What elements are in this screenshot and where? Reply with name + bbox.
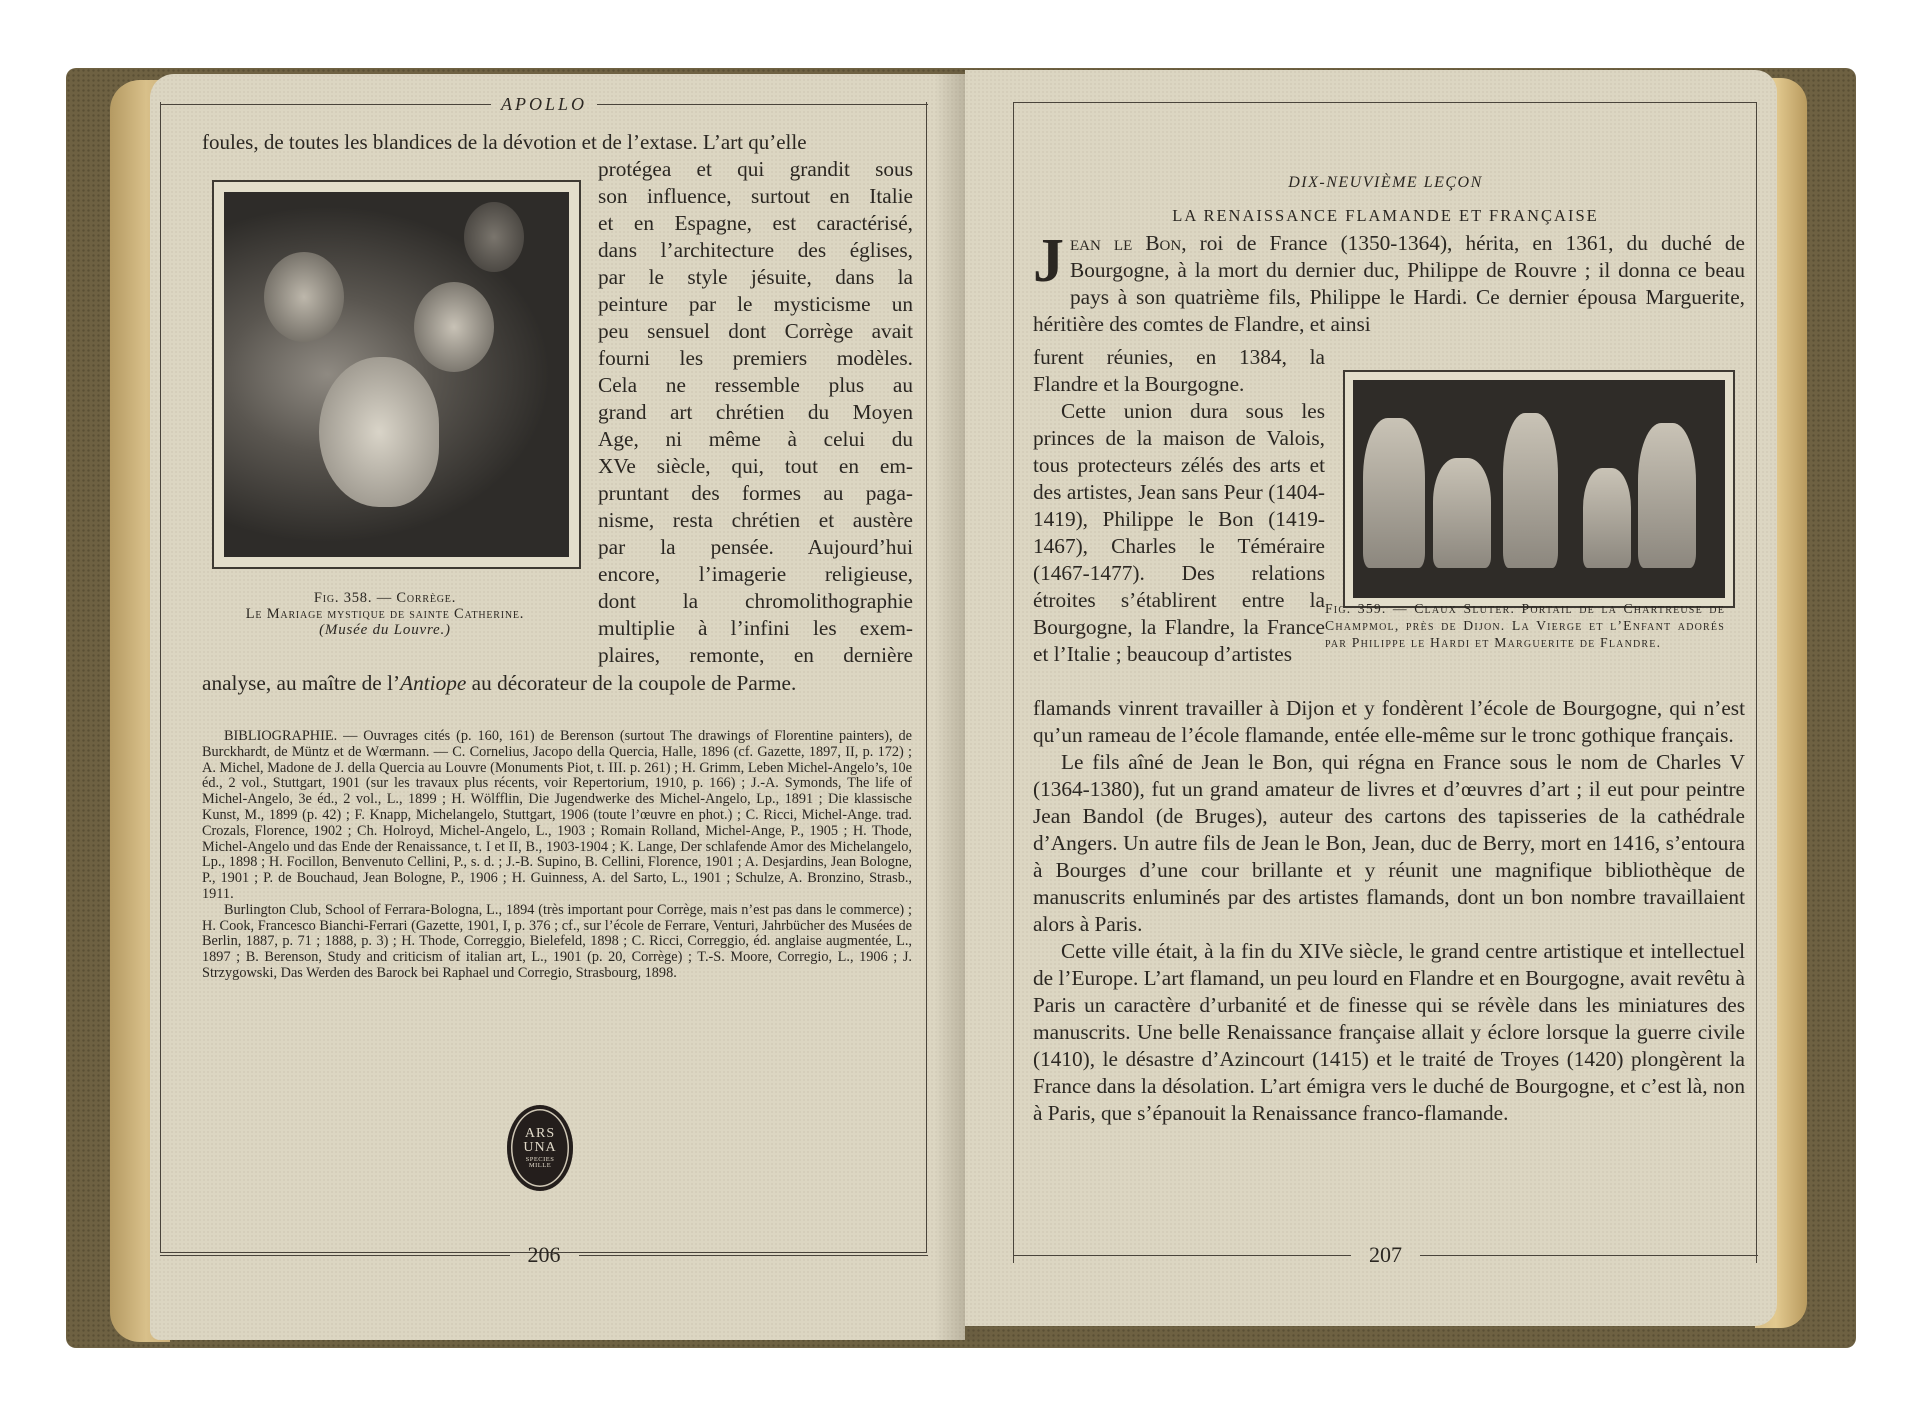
text-span: analyse, au maître de l’ [202, 671, 400, 695]
caption-line: Le Mariage mystique de sainte Catherine. [190, 606, 580, 622]
figure-359 [1343, 370, 1735, 608]
text-line: multiplie à l’infini les exem- [598, 615, 913, 642]
wrapped-text-column: protégea et qui grandit sous son influen… [598, 156, 913, 669]
text-line: par la pensée. Aujourd’hui [598, 534, 913, 561]
seal-text: ARS [525, 1127, 555, 1141]
seal-text: MILLE [529, 1163, 551, 1170]
page-number: 206 [528, 1242, 561, 1268]
text-line: grand art chrétien du Moyen [598, 399, 913, 426]
text-line: son influence, surtout en Italie [598, 183, 913, 210]
text-line: encore, l’imagerie religieuse, [598, 561, 913, 588]
left-page: APOLLO foules, de toutes les blandices d… [150, 74, 965, 1340]
footer-rule [579, 1255, 929, 1256]
chapter-title: LA RENAISSANCE FLAMANDE ET FRANÇAISE [1013, 206, 1758, 226]
paragraph: Le fils aîné de Jean le Bon, qui régna e… [1033, 749, 1745, 938]
text-line: dans l’architecture des églises, [598, 237, 913, 264]
page-number-right: 207 [1013, 1242, 1758, 1268]
text-line: protégea et qui grandit sous [598, 156, 913, 183]
sculpture-portal-image [1353, 380, 1725, 598]
bibliography-paragraph: Burlington Club, School of Ferrara-Bolog… [202, 903, 912, 982]
footer-rule [160, 1255, 510, 1256]
text-line: peinture par le mysticisme un [598, 291, 913, 318]
footer-rule [1420, 1255, 1758, 1256]
page-number-left: 206 [160, 1242, 928, 1268]
figure-358-caption: Fig. 358. — Corrège. Le Mariage mystique… [190, 590, 580, 638]
text-line: Cela ne ressemble plus au [598, 372, 913, 399]
paragraph: flamands vinrent travailler à Dijon et y… [1033, 695, 1745, 749]
closing-line: analyse, au maître de l’Antiope au décor… [202, 670, 912, 697]
paragraph: furent réunies, en 1384, la Flandre et l… [1033, 344, 1325, 398]
lesson-heading: DIX-NEUVIÈME LEÇON [1013, 174, 1758, 192]
text-line: fourni les premiers modèles. [598, 345, 913, 372]
bibliography-paragraph: BIBLIOGRAPHIE. — Ouvrages cités (p. 160,… [202, 729, 912, 903]
seal-text: UNA [523, 1141, 556, 1155]
footer-rule [1013, 1255, 1351, 1256]
paragraph: Cette ville était, à la fin du XIVe sièc… [1033, 938, 1745, 1127]
text-line: nisme, resta chrétien et austère [598, 507, 913, 534]
text-line: Age, ni même à celui du [598, 426, 913, 453]
intro-line: foules, de toutes les blandices de la dé… [202, 129, 912, 156]
paragraph: Cette union dura sous les princes de la … [1033, 398, 1325, 668]
text-line: peu sensuel dont Corrège avait [598, 318, 913, 345]
bibliography: BIBLIOGRAPHIE. — Ouvrages cités (p. 160,… [202, 729, 912, 982]
caption-line: (Musée du Louvre.) [190, 622, 580, 638]
painting-image [224, 192, 569, 557]
figure-358 [212, 180, 581, 569]
text-line: et en Espagne, est caractérisé, [598, 210, 913, 237]
figure-359-caption: Fig. 359. — Claux Sluter. Portail de la … [1325, 600, 1725, 651]
text-line: plaires, remonte, en dernière [598, 642, 913, 669]
right-page: DIX-NEUVIÈME LEÇON LA RENAISSANCE FLAMAN… [965, 70, 1777, 1326]
text-line: par le style jésuite, dans la [598, 264, 913, 291]
text-line: XVe siècle, qui, tout en em- [598, 453, 913, 480]
opening-smallcaps: ean le Bon [1070, 231, 1181, 255]
drop-cap: J [1033, 234, 1064, 288]
ars-una-seal-icon: ARS UNA SPECIES MILLE [507, 1105, 573, 1191]
text-line: pruntant des formes au paga- [598, 480, 913, 507]
page-number: 207 [1369, 1242, 1402, 1268]
italic-title: Antiope [400, 671, 466, 695]
text-span: au décorateur de la coupole de Parme. [466, 671, 796, 695]
opening-paragraph: Jean le Bon, roi de France (1350-1364), … [1033, 230, 1745, 338]
caption-line: Fig. 358. — Corrège. [190, 590, 580, 606]
text-line: dont la chromolithographie [598, 588, 913, 615]
narrow-text-column: furent réunies, en 1384, la Flandre et l… [1033, 344, 1325, 668]
main-text: flamands vinrent travailler à Dijon et y… [1033, 695, 1745, 1127]
